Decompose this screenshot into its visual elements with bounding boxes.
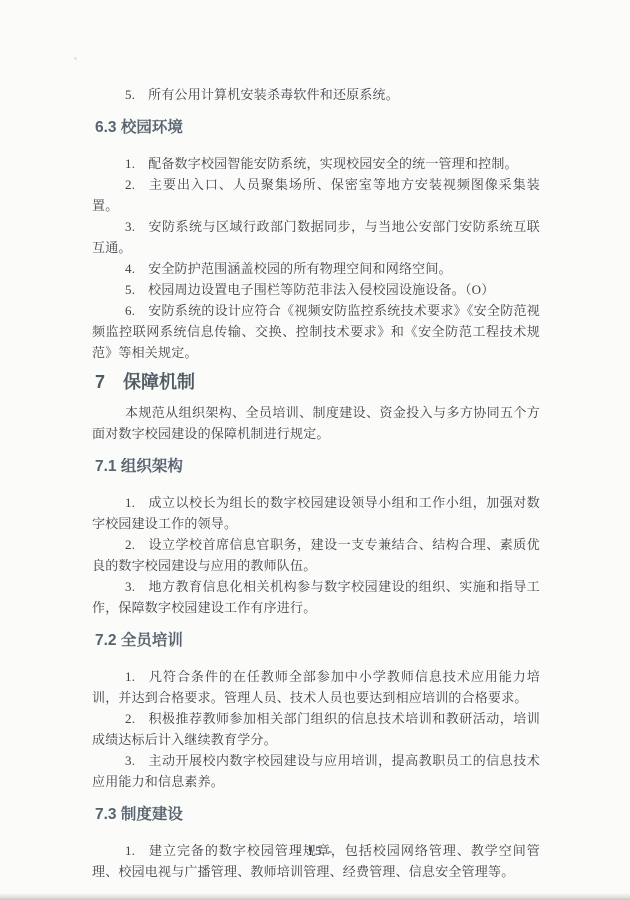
list-item-text: 地方教育信息化相关机构参与数字校园建设的组织、实施和指导工作，保障数字校园建设工… [92, 579, 540, 615]
list-item: 1.成立以校长为组长的数字校园建设领导小组和工作小组，加强对数字校园建设工作的领… [92, 492, 540, 534]
list-item-number: 4. [125, 261, 135, 276]
list-item-number: 3. [125, 219, 135, 234]
list-item: 2.设立学校首席信息官职务，建设一支专兼结合、结构合理、素质优良的数字校园建设与… [92, 534, 540, 576]
list-item: 3.安防系统与区域行政部门数据同步，与当地公安部门安防系统互联互通。 [92, 216, 540, 258]
list-item-number: 1. [125, 495, 135, 510]
page-content: 5.所有公用计算机安装杀毒软件和还原系统。6.3 校园环境1.配备数字校园智能安… [92, 84, 540, 882]
list-item-number: 3. [125, 753, 135, 768]
scan-artifact-speck [74, 57, 77, 60]
paragraph: 本规范从组织架构、全员培训、制度建设、资金投入与多方协同五个方面对数字校园建设的… [92, 402, 540, 444]
list-item: 5.所有公用计算机安装杀毒软件和还原系统。 [92, 84, 540, 105]
list-item-number: 3. [125, 579, 135, 594]
list-item-number: 2. [125, 177, 135, 192]
subsection-heading: 7.1 组织架构 [92, 456, 540, 478]
list-item-text: 配备数字校园智能安防系统，实现校园安全的统一管理和控制。 [148, 156, 518, 171]
list-item-text: 所有公用计算机安装杀毒软件和还原系统。 [148, 87, 399, 102]
list-item-text: 主动开展校内数字校园建设与应用培训，提高教职员工的信息技术应用能力和信息素养。 [92, 753, 540, 789]
list-item-text: 积极推荐教师参加相关部门组织的信息技术培训和教研活动，培训成绩达标后计入继续教育… [92, 711, 540, 747]
list-item-number: 5. [125, 87, 135, 102]
list-item: 4.安全防护范围涵盖校园的所有物理空间和网络空间。 [92, 258, 540, 279]
list-item: 1.配备数字校园智能安防系统，实现校园安全的统一管理和控制。 [92, 153, 540, 174]
subsection-heading: 7.3 制度建设 [92, 804, 540, 826]
list-item-text: 主要出入口、人员聚集场所、保密室等地方安装视频图像采集装置。 [92, 177, 540, 213]
list-item: 5.校园周边设置电子围栏等防范非法入侵校园设施设备。（O） [92, 279, 540, 300]
list-item-text: 凡符合条件的在任教师全部参加中小学教师信息技术应用能力培训，并达到合格要求。管理… [92, 669, 540, 705]
document-page: 5.所有公用计算机安装杀毒软件和还原系统。6.3 校园环境1.配备数字校园智能安… [0, 0, 630, 900]
list-item-number: 2. [125, 537, 135, 552]
list-item: 1.凡符合条件的在任教师全部参加中小学教师信息技术应用能力培训，并达到合格要求。… [92, 666, 540, 708]
list-item-text: 安防系统与区域行政部门数据同步，与当地公安部门安防系统互联互通。 [92, 219, 540, 255]
list-item: 6.安防系统的设计应符合《视频安防监控系统技术要求》《安全防范视频监控联网系统信… [92, 300, 540, 363]
subsection-heading: 7.2 全员培训 [92, 630, 540, 652]
list-item-number: 2. [125, 711, 135, 726]
section-heading: 7 保障机制 [92, 369, 540, 395]
list-item: 3.主动开展校内数字校园建设与应用培训，提高教职员工的信息技术应用能力和信息素养… [92, 750, 540, 792]
list-item-text: 安全防护范围涵盖校园的所有物理空间和网络空间。 [148, 261, 452, 276]
list-item-text: 安防系统的设计应符合《视频安防监控系统技术要求》《安全防范视频监控联网系统信息传… [92, 303, 540, 360]
scan-edge-shadow [0, 893, 630, 900]
list-item: 3.地方教育信息化相关机构参与数字校园建设的组织、实施和指导工作，保障数字校园建… [92, 576, 540, 618]
list-item: 2.主要出入口、人员聚集场所、保密室等地方安装视频图像采集装置。 [92, 174, 540, 216]
list-item-text: 校园周边设置电子围栏等防范非法入侵校园设施设备。（O） [148, 282, 494, 297]
list-item-number: 5. [125, 282, 135, 297]
page-number: - 15 - [0, 843, 630, 859]
list-item-number: 6. [125, 303, 135, 318]
list-item-text: 设立学校首席信息官职务，建设一支专兼结合、结构合理、素质优良的数字校园建设与应用… [92, 537, 540, 573]
list-item: 2.积极推荐教师参加相关部门组织的信息技术培训和教研活动，培训成绩达标后计入继续… [92, 708, 540, 750]
subsection-heading: 6.3 校园环境 [92, 117, 540, 139]
list-item-number: 1. [125, 669, 135, 684]
list-item-number: 1. [125, 156, 135, 171]
list-item-text: 成立以校长为组长的数字校园建设领导小组和工作小组，加强对数字校园建设工作的领导。 [92, 495, 540, 531]
